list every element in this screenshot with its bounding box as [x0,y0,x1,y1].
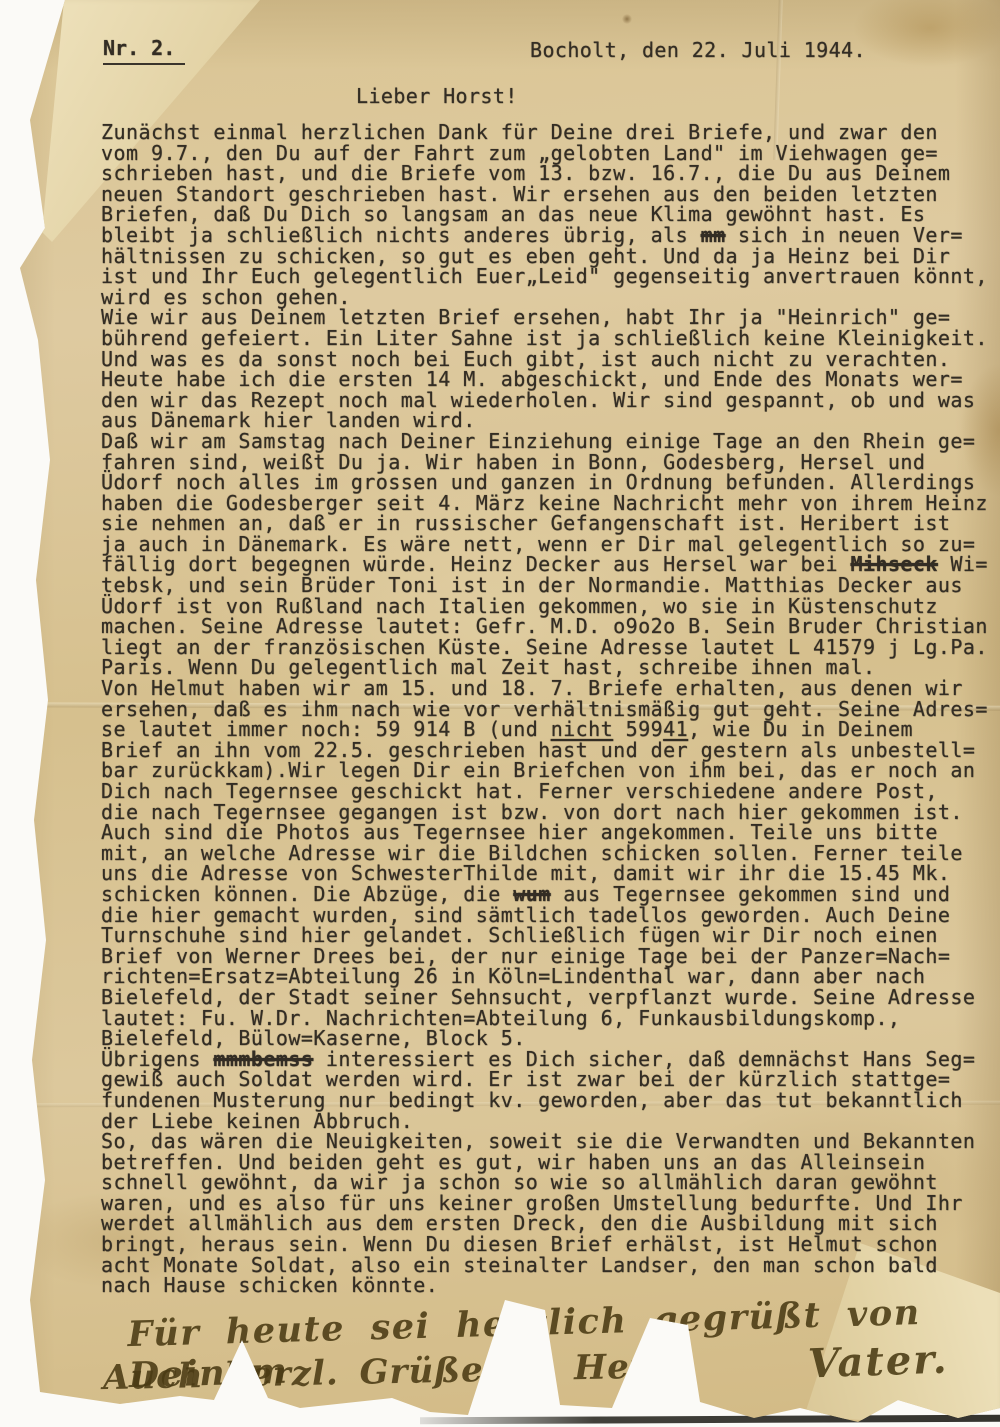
letter-dateline: Bocholt, den 22. Juli 1944. [530,38,866,62]
letter-number: Nr. 2. [103,36,185,65]
letter-body: Zunächst einmal herzlichen Dank für Dein… [101,122,1000,1296]
salutation: Lieber Horst! [356,84,518,108]
letter-paper: Nr. 2. Bocholt, den 22. Juli 1944. Liebe… [0,0,1000,1427]
handwritten-signature-vater: Vater. [807,1336,949,1388]
scan-edge-shadow [420,1415,1000,1425]
